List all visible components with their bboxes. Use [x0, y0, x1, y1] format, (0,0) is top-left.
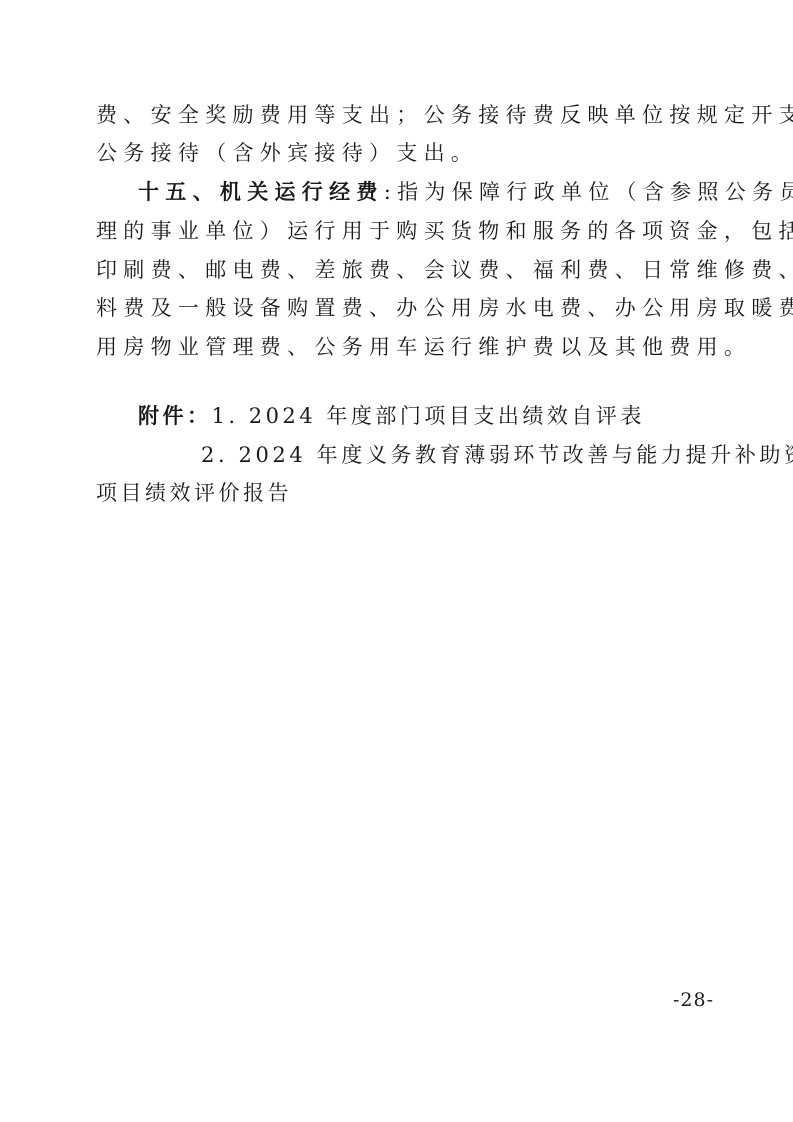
heading-colon: :	[384, 180, 397, 204]
body-text-line: 理的事业单位）运行用于购买货物和服务的各项资金，包括办公及	[96, 216, 702, 246]
attachment-item-1: 附件：1. 2024 年度部门项目支出绩效自评表	[138, 401, 645, 431]
document-page: 费、安全奖励费用等支出；公务接待费反映单位按规定开支的各类 公务接待（含外宾接待…	[0, 0, 793, 1122]
page-number: -28-	[673, 988, 714, 1012]
body-text: 指为保障行政单位（含参照公务员法管	[397, 180, 793, 204]
attachment-item-2-continuation: 项目绩效评价报告	[96, 478, 292, 508]
section-heading: 十五、机关运行经费	[138, 179, 384, 204]
body-text-line: 费、安全奖励费用等支出；公务接待费反映单位按规定开支的各类	[96, 100, 702, 130]
body-text-line: 用房物业管理费、公务用车运行维护费以及其他费用。	[96, 332, 702, 362]
body-text-line: 公务接待（含外宾接待）支出。	[96, 138, 702, 168]
attachment-title: 1. 2024 年度部门项目支出绩效自评表	[212, 404, 645, 428]
attachment-item-2: 2. 2024 年度义务教育薄弱环节改善与能力提升补助资金	[201, 440, 702, 470]
body-text-line: 料费及一般设备购置费、办公用房水电费、办公用房取暖费、办公	[96, 293, 702, 323]
body-text-line: 印刷费、邮电费、差旅费、会议费、福利费、日常维修费、专用材	[96, 255, 702, 285]
attachments-label: 附件：	[138, 403, 212, 428]
section-definition-first-line: 十五、机关运行经费:指为保障行政单位（含参照公务员法管	[138, 177, 702, 207]
